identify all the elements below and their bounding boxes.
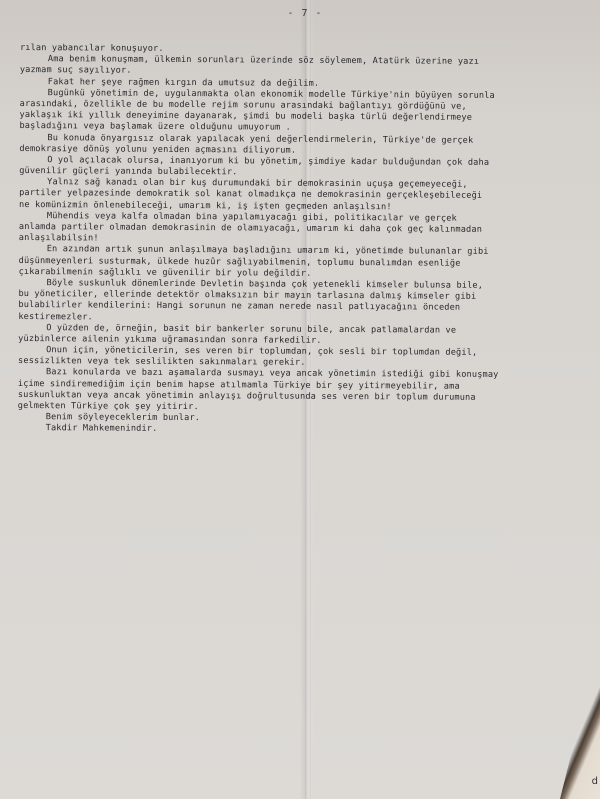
- page-number: - 7 -: [0, 8, 600, 19]
- underlying-page-edge: [560, 569, 600, 799]
- underlying-page-text-fragment: d: [592, 776, 598, 787]
- document-body: rılan yabancılar konuşuyor.Ama benim kon…: [18, 43, 600, 438]
- typewritten-page: - 7 - rılan yabancılar konuşuyor.Ama ben…: [0, 0, 600, 799]
- text-line: Takdir Mahkemenindir.: [18, 423, 600, 438]
